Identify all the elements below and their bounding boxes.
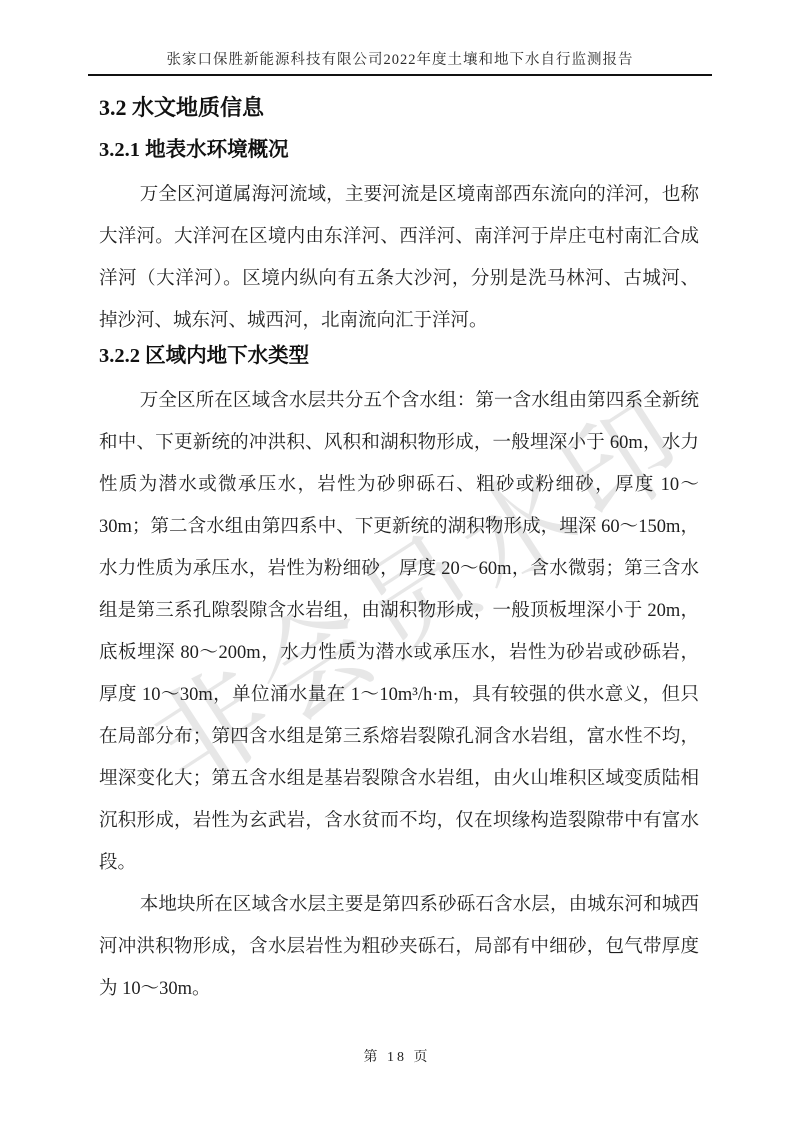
page-footer: 第 18 页 [0,1046,794,1066]
section-heading-3-2: 3.2 水文地质信息 [99,92,699,123]
paragraph-surface-water: 万全区河道属海河流域，主要河流是区境南部西东流向的洋河，也称大洋河。大洋河在区境… [99,174,699,342]
page-header: 张家口保胜新能源科技有限公司2022年度土壤和地下水自行监测报告 [88,50,712,76]
paragraph-local-aquifer: 本地块所在区域含水层主要是第四系砂砾石含水层，由城东河和城西河冲洪积物形成，含水… [99,884,699,1010]
paragraph-aquifer-groups: 万全区所在区域含水层共分五个含水组：第一含水组由第四系全新统和中、下更新统的冲洪… [99,380,699,884]
subsection-heading-3-2-1: 3.2.1 地表水环境概况 [99,136,699,165]
subsection-heading-3-2-2: 3.2.2 区域内地下水类型 [99,342,699,371]
report-header-title: 张家口保胜新能源科技有限公司2022年度土壤和地下水自行监测报告 [88,50,712,70]
document-page: 非会员水印 张家口保胜新能源科技有限公司2022年度土壤和地下水自行监测报告 3… [0,0,794,1123]
page-number: 第 18 页 [364,1050,431,1065]
document-body: 3.2 水文地质信息 3.2.1 地表水环境概况 万全区河道属海河流域，主要河流… [99,92,699,1010]
header-divider-line [88,74,712,76]
